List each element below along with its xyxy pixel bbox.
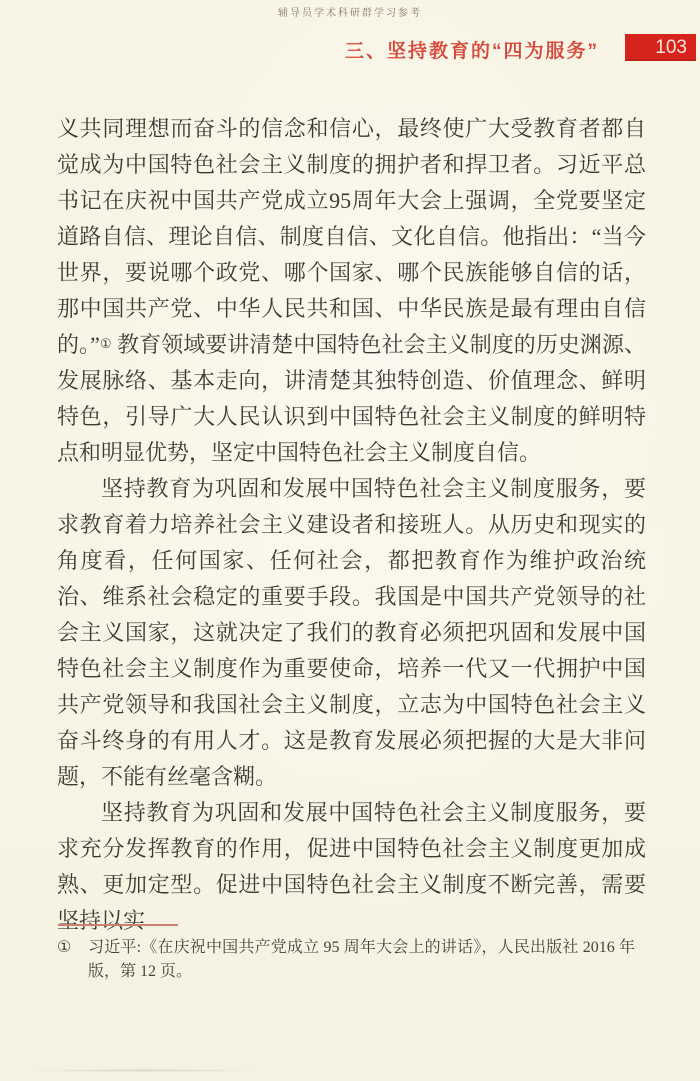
footnote-text: 习近平:《在庆祝中国共产党成立 95 周年大会上的讲话》，人民出版社 2016 … <box>57 936 635 984</box>
paragraph-text: 坚持教育为巩固和发展中国特色社会主义制度服务，要求教育着力培养社会主义建设者和接… <box>57 476 646 789</box>
book-page: 辅导员学术科研群学习参考 三、坚持教育的“四为服务” 103 义共同理想而奋斗的… <box>0 0 700 1081</box>
section-title: 三、坚持教育的“四为服务” <box>345 36 599 63</box>
footnote-divider <box>58 924 178 926</box>
paragraph-text: 义共同理想而奋斗的信念和信心，最终使广大受教育者都自觉成为中国特色社会主义制度的… <box>57 116 646 357</box>
footnote: ① 习近平:《在庆祝中国共产党成立 95 周年大会上的讲话》，人民出版社 201… <box>57 936 635 984</box>
running-header: 辅导员学术科研群学习参考 <box>0 4 700 19</box>
footnote-reference-mark: ① <box>100 336 112 351</box>
body-paragraph: 坚持教育为巩固和发展中国特色社会主义制度服务，要求充分发挥教育的作用，促进中国特… <box>57 795 646 939</box>
body-paragraph: 义共同理想而奋斗的信念和信心，最终使广大受教育者都自觉成为中国特色社会主义制度的… <box>57 111 646 471</box>
footnote-marker: ① <box>57 936 71 960</box>
body-paragraph: 坚持教育为巩固和发展中国特色社会主义制度服务，要求教育着力培养社会主义建设者和接… <box>57 471 646 795</box>
paragraph-text: 教育领域要讲清楚中国特色社会主义制度的历史渊源、发展脉络、基本走向，讲清楚其独特… <box>57 332 646 465</box>
page-bottom-scan-shadow <box>28 1069 258 1072</box>
body-text: 义共同理想而奋斗的信念和信心，最终使广大受教育者都自觉成为中国特色社会主义制度的… <box>57 111 646 939</box>
page-number-badge: 103 <box>625 34 696 61</box>
paragraph-text: 坚持教育为巩固和发展中国特色社会主义制度服务，要求充分发挥教育的作用，促进中国特… <box>57 800 646 933</box>
